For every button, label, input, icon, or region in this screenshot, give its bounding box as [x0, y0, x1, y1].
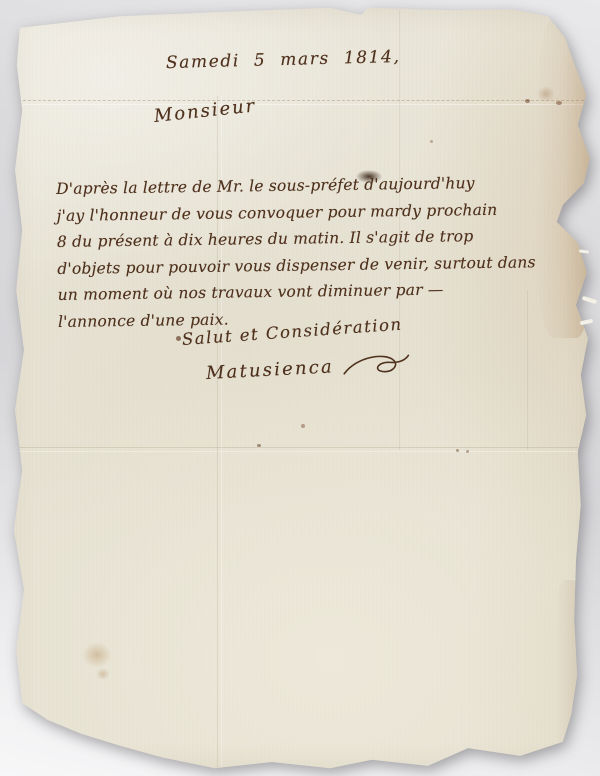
salutation: Monsieur: [153, 95, 257, 127]
ink-speck: [456, 449, 459, 452]
horizontal-fold-crease-top: [18, 100, 584, 105]
body-line: j'ay l'honneur de vous convoquer pour ma…: [56, 196, 535, 229]
foxing-stain: [96, 668, 110, 680]
signature: Matusienca: [205, 356, 334, 384]
date-line: Samedi 5 mars 1814,: [166, 47, 401, 73]
horizontal-fold-crease-middle: [16, 447, 578, 452]
foxing-stain: [82, 642, 112, 668]
signature-paraph-flourish: [339, 351, 412, 381]
ink-speck: [525, 99, 530, 103]
photo-of-letter: Samedi 5 mars 1814, Monsieur D'après la …: [0, 0, 600, 776]
ink-speck: [556, 101, 562, 105]
body-line: l'annonce d'une paix.: [58, 302, 537, 335]
torn-edge-stain-top-right: [536, 18, 594, 338]
ink-speck: [301, 424, 305, 428]
vertical-fold-crease-center: [399, 10, 402, 450]
body-line: un moment où nos travaux vont diminuer p…: [57, 275, 536, 308]
closing-salutation: Salut et Considération: [181, 315, 403, 349]
letter-paper: Samedi 5 mars 1814, Monsieur D'après la …: [0, 0, 600, 776]
vertical-fold-crease-right: [527, 290, 530, 450]
ink-speck: [257, 444, 261, 447]
signature-row: Matusienca: [205, 347, 412, 388]
body-line: 8 du présent à dix heures du matin. Il s…: [57, 222, 536, 255]
torn-edge-stain-bottom-right: [552, 580, 586, 760]
ink-blot: [356, 170, 382, 183]
ink-speck: [176, 336, 181, 341]
body-line: d'objets pour pouvoir vous dispenser de …: [57, 249, 536, 282]
ink-speck: [252, 329, 255, 332]
paper-shadow-wrap: Samedi 5 mars 1814, Monsieur D'après la …: [0, 0, 600, 776]
ink-speck: [430, 140, 433, 143]
foxing-stain: [537, 86, 555, 102]
body-line: D'après la lettre de Mr. le sous-préfet …: [56, 169, 535, 202]
letter-body: D'après la lettre de Mr. le sous-préfet …: [56, 169, 537, 335]
ink-speck: [466, 450, 469, 453]
vertical-fold-crease-left: [217, 96, 222, 768]
